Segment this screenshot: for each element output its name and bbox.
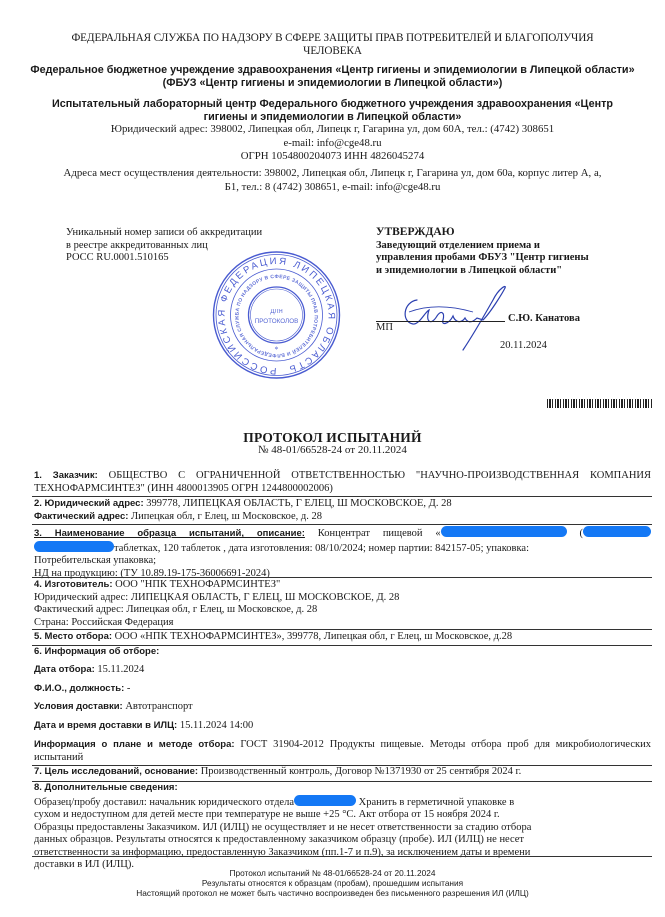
additional-info-line5: данных образцов. Результаты относятся к … xyxy=(34,834,651,847)
sample-desc-c: таблетках, 120 таблеток , дата изготовле… xyxy=(114,543,529,554)
footer-protocol-ref: Протокол испытаний № 48-01/66528-24 от 2… xyxy=(0,868,665,878)
section-manufacturer: 4. Изготовитель: ООО "НПК ТЕХНОФАРМСИНТЕ… xyxy=(34,579,651,629)
storage-note: Хранить в герметичной упаковке в xyxy=(356,797,514,808)
delivery-conditions-value: Автотранспорт xyxy=(123,701,193,712)
institution-abbr: (ФБУЗ «Центр гигиены и эпидемиологии в Л… xyxy=(0,77,665,90)
institution-name: Федеральное бюджетное учреждение здравоо… xyxy=(0,64,665,77)
sample-desc-a: Концентрат пищевой « xyxy=(305,528,441,539)
activity-address-line1: Адреса мест осуществления деятельности: … xyxy=(0,167,665,181)
section-purpose: 7. Цель исследований, основание: Произво… xyxy=(34,766,651,779)
approval-title: УТВЕРЖДАЮ xyxy=(376,226,589,239)
sample-desc-b: ( xyxy=(567,528,583,539)
manufacturer-actual-address: Фактический адрес: Липецкая обл, г Елец,… xyxy=(34,604,651,617)
sampling-person-label: Ф.И.О., должность: xyxy=(34,683,124,694)
divider xyxy=(32,524,652,525)
customer-value: ОБЩЕСТВО С ОГРАНИЧЕННОЙ ОТВЕТСТВЕННОСТЬЮ… xyxy=(34,470,651,494)
approval-block: УТВЕРЖДАЮ Заведующий отделением приема и… xyxy=(376,226,589,277)
activity-addresses: Адреса мест осуществления деятельности: … xyxy=(0,167,665,194)
additional-info-label: 8. Дополнительные сведения: xyxy=(34,782,651,795)
delivery-conditions: Условия доставки: Автотранспорт xyxy=(34,701,651,714)
sampling-person: Ф.И.О., должность: - xyxy=(34,683,651,696)
purpose-value: Производственный контроль, Договор №1371… xyxy=(198,766,521,777)
protocol-number: № 48-01/66528-24 от 20.11.2024 xyxy=(0,444,665,456)
accreditation-label: Уникальный номер записи об аккредитации xyxy=(66,227,262,240)
actual-address-value: Липецкая обл, г Елец, ш Московское, д. 2… xyxy=(128,511,322,522)
delivery-conditions-label: Условия доставки: xyxy=(34,701,123,712)
delivered-by: Образец/пробу доставил: начальник юридич… xyxy=(34,797,294,808)
footer-reproduction-note: Настоящий протокол не может быть частичн… xyxy=(0,888,665,898)
redacted-dosage xyxy=(34,541,114,552)
svg-text:ДЛЯ: ДЛЯ xyxy=(270,309,282,315)
legal-address: Юридический адрес: 398002, Липецкая обл,… xyxy=(0,123,665,137)
section-customer: 1. Заказчик: ОБЩЕСТВО С ОГРАНИЧЕННОЙ ОТВ… xyxy=(34,470,651,495)
redacted-product-form xyxy=(583,526,651,537)
divider xyxy=(32,856,652,857)
footer-results-note: Результаты относятся к образцам (пробам)… xyxy=(0,878,665,888)
sample-label: 3. Наименование образца испытаний, описа… xyxy=(34,528,305,539)
seal-place-label: МП xyxy=(376,322,393,333)
approver-position-line3: и эпидемиологии в Липецкой области" xyxy=(376,265,589,278)
sampling-info-label: 6. Информация об отборе: xyxy=(34,646,651,659)
redacted-product-name xyxy=(441,526,567,537)
delivery-datetime-label: Дата и время доставки в ИЛЦ: xyxy=(34,720,177,731)
sampling-date-value: 15.11.2024 xyxy=(95,664,145,675)
manufacturer-value: ООО "НПК ТЕХНОФАРМСИНТЕЗ" xyxy=(113,579,281,590)
divider xyxy=(32,577,652,578)
approver-position-line2: управления пробами ФБУЗ "Центр гигиены xyxy=(376,252,589,265)
legal-address-label: 2. Юридический адрес: xyxy=(34,498,144,509)
lab-header: Испытательный лабораторный центр Федерал… xyxy=(0,98,665,123)
agency-header: ФЕДЕРАЛЬНАЯ СЛУЖБА ПО НАДЗОРУ В СФЕРЕ ЗА… xyxy=(0,32,665,58)
divider xyxy=(32,629,652,630)
divider xyxy=(32,496,652,497)
official-stamp-icon: РОССИЙСКАЯ ФЕДЕРАЦИЯ ЛИПЕЦКАЯ ОБЛАСТЬ ФЕ… xyxy=(205,250,348,380)
svg-text:РОССИЙСКАЯ ФЕДЕРАЦИЯ ЛИПЕЦКАЯ: РОССИЙСКАЯ ФЕДЕРАЦИЯ ЛИПЕЦКАЯ ОБЛАСТЬ xyxy=(216,256,336,376)
sampling-place-value: ООО «НПК ТЕХНОФАРМСИНТЕЗ», 399778, Липец… xyxy=(112,631,512,642)
lab-name: Испытательный лабораторный центр Федерал… xyxy=(0,98,665,111)
institution-header: Федеральное бюджетное учреждение здравоо… xyxy=(0,64,665,89)
section-sample: 3. Наименование образца испытаний, описа… xyxy=(34,526,651,580)
actual-address-label: Фактический адрес: xyxy=(34,511,128,522)
delivery-datetime-value: 15.11.2024 14:00 xyxy=(177,720,253,731)
signature-line xyxy=(376,321,505,322)
sampling-date: Дата отбора: 15.11.2024 xyxy=(34,664,651,677)
section-additional-info: 8. Дополнительные сведения: Образец/проб… xyxy=(34,782,651,872)
additional-info-line6: ответственности за информацию, предостав… xyxy=(34,847,651,860)
lab-email: e-mail: info@cge48.ru xyxy=(0,137,665,151)
customer-label: 1. Заказчик: xyxy=(34,470,98,481)
purpose-label: 7. Цель исследований, основание: xyxy=(34,766,198,777)
approval-date: 20.11.2024 xyxy=(500,340,547,351)
delivery-datetime: Дата и время доставки в ИЛЦ: 15.11.2024 … xyxy=(34,720,651,733)
section-legal-address: 2. Юридический адрес: 399778, ЛИПЕЦКАЯ О… xyxy=(34,498,651,523)
lab-name-line2: гигиены и эпидемиологии в Липецкой облас… xyxy=(0,111,665,124)
manufacturer-country: Страна: Российская Федерация xyxy=(34,617,651,630)
additional-info-line3: сухом и недоступном для детей месте при … xyxy=(34,809,651,822)
approver-position-line1: Заведующий отделением приема и xyxy=(376,240,589,253)
sampling-place-label: 5. Место отбора: xyxy=(34,631,112,642)
section-sampling-place: 5. Место отбора: ООО «НПК ТЕХНОФАРМСИНТЕ… xyxy=(34,631,651,644)
sampling-date-label: Дата отбора: xyxy=(34,664,95,675)
sampling-method: Информация о плане и методе отбора: ГОСТ… xyxy=(34,739,651,764)
sampling-method-label: Информация о плане и методе отбора: xyxy=(34,739,235,750)
section-sampling-info: 6. Информация об отборе: xyxy=(34,646,651,659)
svg-text:*: * xyxy=(275,345,279,354)
ogrn-inn: ОГРН 1054800204073 ИНН 4826045274 xyxy=(0,150,665,164)
legal-address-value: 399778, ЛИПЕЦКАЯ ОБЛАСТЬ, Г ЕЛЕЦ, Ш МОСК… xyxy=(144,498,452,509)
page-footer: Протокол испытаний № 48-01/66528-24 от 2… xyxy=(0,868,665,898)
sampling-person-value: - xyxy=(124,683,130,694)
manufacturer-legal-address: Юридический адрес: ЛИПЕЦКАЯ ОБЛАСТЬ, Г Е… xyxy=(34,592,651,605)
lab-contacts: Юридический адрес: 398002, Липецкая обл,… xyxy=(0,123,665,164)
barcode-icon xyxy=(547,399,652,408)
manufacturer-label: 4. Изготовитель: xyxy=(34,579,113,590)
sample-packaging: Потребительская упаковка; xyxy=(34,555,651,568)
svg-text:ПРОТОКОЛОВ: ПРОТОКОЛОВ xyxy=(255,318,299,325)
additional-info-line4: Образцы предоставлены Заказчиком. ИЛ (ИЛ… xyxy=(34,822,651,835)
agency-name-line2: ЧЕЛОВЕКА xyxy=(0,45,665,58)
redacted-person-name xyxy=(294,795,356,806)
signer-name: С.Ю. Канатова xyxy=(508,313,580,324)
activity-address-line2: Б1, тел.: 8 (4742) 308651, e-mail: info@… xyxy=(0,181,665,195)
agency-name: ФЕДЕРАЛЬНАЯ СЛУЖБА ПО НАДЗОРУ В СФЕРЕ ЗА… xyxy=(0,32,665,45)
